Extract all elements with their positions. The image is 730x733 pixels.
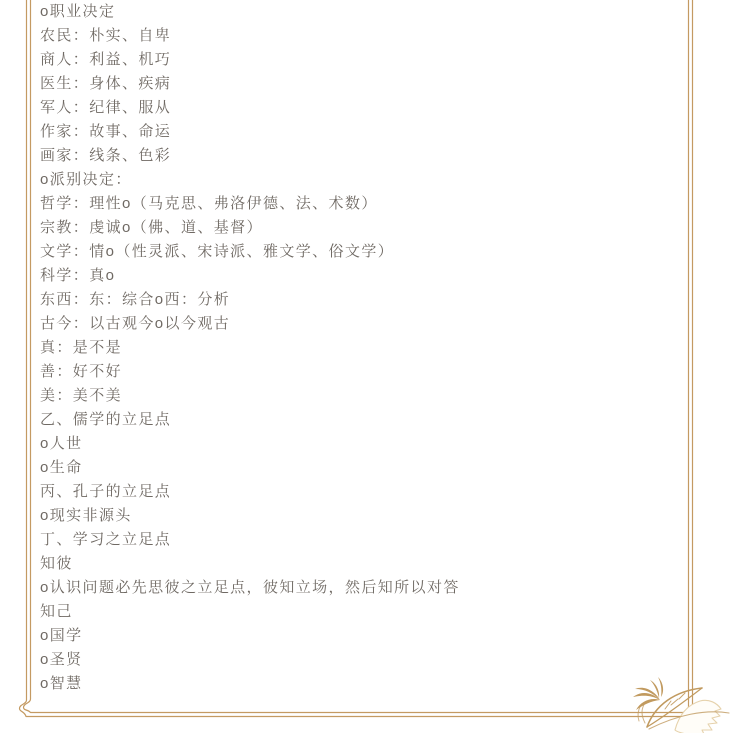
- ornament-shell: [675, 700, 721, 733]
- text-line: o生命: [40, 456, 460, 480]
- text-line: 丁、学习之立足点: [40, 528, 460, 552]
- text-line: o认识问题必先思彼之立足点，彼知立场，然后知所以对答: [40, 576, 460, 600]
- ornament-stem-upper: [647, 688, 702, 727]
- document-page: o职业决定农民：朴实、自卑商人：利益、机巧医生：身体、疾病军人：纪律、服从作家：…: [0, 0, 730, 733]
- ornament-leaf-cluster: [633, 677, 663, 710]
- text-line: 丙、孔子的立足点: [40, 480, 460, 504]
- text-line: 作家：故事、命运: [40, 120, 460, 144]
- text-line: 医生：身体、疾病: [40, 72, 460, 96]
- text-line: 宗教：虔诚o（佛、道、基督）: [40, 216, 460, 240]
- text-line: o职业决定: [40, 0, 460, 24]
- text-line: 画家：线条、色彩: [40, 144, 460, 168]
- ornament-leaflets: [665, 693, 685, 709]
- text-line: 古今：以古观今o以今观古: [40, 312, 460, 336]
- text-line: 农民：朴实、自卑: [40, 24, 460, 48]
- text-line: o人世: [40, 432, 460, 456]
- ornament-stem-lower: [647, 688, 702, 727]
- text-line: o国学: [40, 624, 460, 648]
- text-line: o现实非源头: [40, 504, 460, 528]
- text-line: o智慧: [40, 672, 460, 696]
- text-line: o圣贤: [40, 648, 460, 672]
- text-line: 知彼: [40, 552, 460, 576]
- text-line: 哲学：理性o（马克思、弗洛伊德、法、术数）: [40, 192, 460, 216]
- text-line: 美：美不美: [40, 384, 460, 408]
- text-line: 真：是不是: [40, 336, 460, 360]
- note-text-block: o职业决定农民：朴实、自卑商人：利益、机巧医生：身体、疾病军人：纪律、服从作家：…: [40, 0, 460, 696]
- text-line: 军人：纪律、服从: [40, 96, 460, 120]
- ornament-stem-long: [649, 712, 729, 729]
- text-line: 乙、儒学的立足点: [40, 408, 460, 432]
- ornament-grass: [638, 703, 645, 723]
- leaf-branch-ornament-icon: [605, 653, 730, 733]
- text-line: 善：好不好: [40, 360, 460, 384]
- text-line: o派别决定：: [40, 168, 460, 192]
- text-line: 科学：真o: [40, 264, 460, 288]
- text-line: 文学：情o（性灵派、宋诗派、雅文学、俗文学）: [40, 240, 460, 264]
- text-line: 东西：东：综合o西：分析: [40, 288, 460, 312]
- text-line: 商人：利益、机巧: [40, 48, 460, 72]
- text-line: 知己: [40, 600, 460, 624]
